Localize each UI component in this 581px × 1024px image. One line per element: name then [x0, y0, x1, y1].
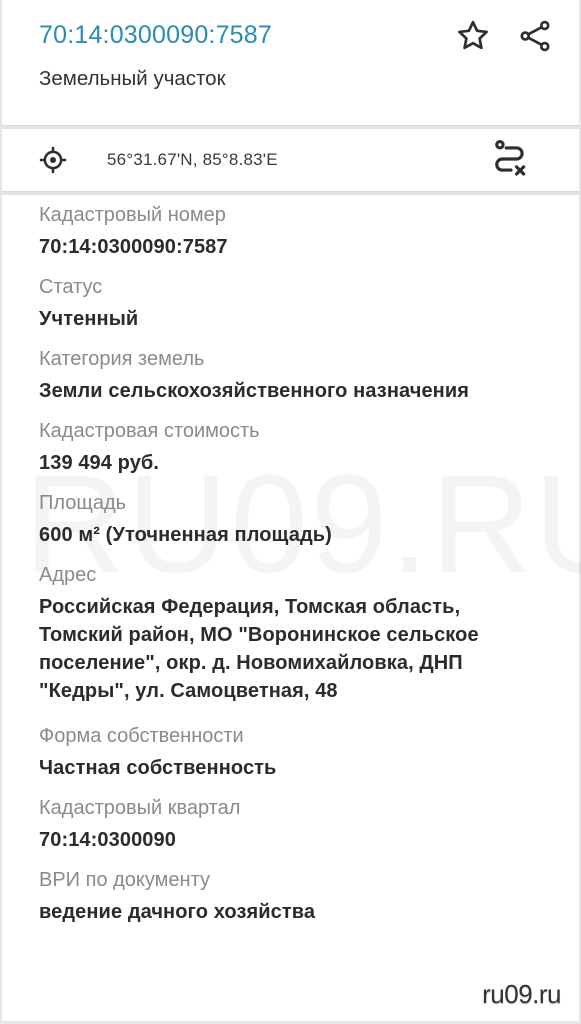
field-value: 600 м² (Уточненная площадь)	[39, 521, 579, 549]
field-address: Адрес Российская Федерация, Томская обла…	[39, 562, 579, 705]
field-label: Площадь	[39, 490, 579, 517]
details-list: Кадастровый номер 70:14:0300090:7587 Ста…	[2, 195, 579, 926]
field-value: Земли сельскохозяйственного назначения	[39, 377, 579, 405]
route-clear-icon	[492, 138, 530, 180]
locate-button[interactable]	[36, 143, 70, 177]
field-value[interactable]: 70:14:0300090:7587	[39, 233, 579, 261]
field-label: Адрес	[39, 562, 579, 589]
star-icon	[455, 18, 491, 54]
header-actions	[453, 16, 555, 56]
field-area: Площадь 600 м² (Уточненная площадь)	[39, 490, 579, 549]
field-cadastral-number: Кадастровый номер 70:14:0300090:7587	[39, 202, 579, 261]
field-status: Статус Учтенный	[39, 274, 579, 333]
field-cadastral-quarter: Кадастровый квартал 70:14:0300090	[39, 795, 579, 854]
field-label: Форма собственности	[39, 723, 579, 750]
crosshair-icon	[38, 145, 68, 175]
field-permitted-use: ВРИ по документу ведение дачного хозяйст…	[39, 867, 579, 926]
field-value: ведение дачного хозяйства	[39, 898, 579, 926]
field-label: Кадастровый номер	[39, 202, 579, 229]
field-label: Статус	[39, 274, 579, 301]
field-value: Частная собственность	[39, 754, 579, 782]
share-button[interactable]	[515, 16, 555, 56]
field-value[interactable]: 70:14:0300090	[39, 826, 579, 854]
coordinates-bar: 56°31.67'N, 85°8.83'E	[2, 129, 579, 191]
share-icon	[517, 18, 553, 54]
favorite-button[interactable]	[453, 16, 493, 56]
field-ownership-form: Форма собственности Частная собственност…	[39, 723, 579, 782]
field-label: ВРИ по документу	[39, 867, 579, 894]
parcel-type: Земельный участок	[39, 65, 579, 93]
field-label: Кадастровый квартал	[39, 795, 579, 822]
coordinates-text[interactable]: 56°31.67'N, 85°8.83'E	[107, 150, 278, 170]
field-land-category: Категория земель Земли сельскохозяйствен…	[39, 346, 579, 405]
field-label: Кадастровая стоимость	[39, 418, 579, 445]
field-label: Категория земель	[39, 346, 579, 373]
route-button[interactable]	[491, 139, 531, 179]
header: 70:14:0300090:7587 Земельный участок	[2, 0, 579, 125]
field-cadastral-value: Кадастровая стоимость 139 494 руб.	[39, 418, 579, 477]
corner-watermark: ru09.ru	[482, 979, 561, 1010]
parcel-info-screen: RU09.RU 70:14:0300090:7587 Земельный уча…	[0, 0, 581, 1024]
field-value: 139 494 руб.	[39, 449, 579, 477]
field-value: Учтенный	[39, 305, 579, 333]
field-value: Российская Федерация, Томская область, Т…	[39, 593, 549, 705]
